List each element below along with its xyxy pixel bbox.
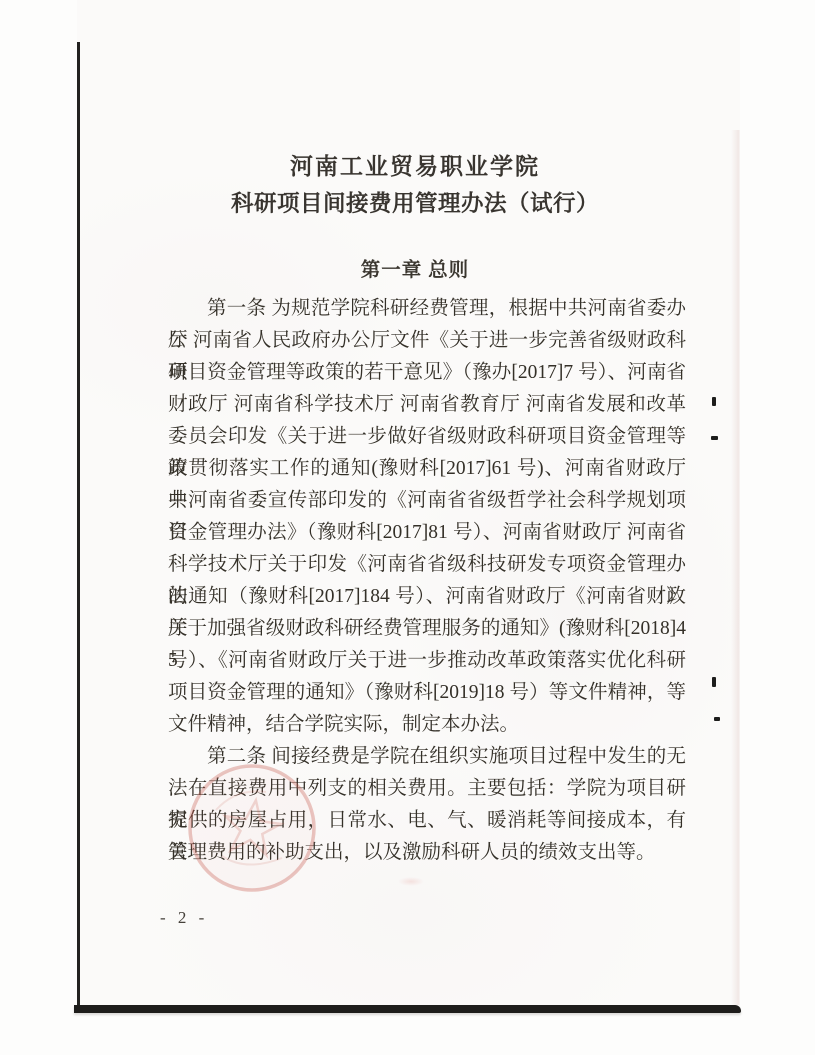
body-line: 资金管理办法》（豫财科[2017]81 号）、河南省财政厅 河南省 [168, 517, 686, 549]
ink-mark [712, 677, 716, 687]
body-line: 文件精神，结合学院实际，制定本办法。 [168, 709, 686, 741]
body-line: 法在直接费用中列支的相关费用。主要包括：学院为项目研究 [168, 773, 686, 805]
body-line: 厅 河南省人民政府办公厅文件《关于进一步完善省级财政科研 [168, 325, 686, 357]
body-line: 项目资金管理的通知》（豫财科[2019]18 号）等文件精神，等 [168, 677, 686, 709]
body-line: 科学技术厅关于印发《河南省省级科技研发专项资金管理办法》 [168, 549, 686, 581]
chapter-heading: 第一章 总则 [90, 257, 740, 285]
body-line: 共河南省委宣传部印发的《河南省省级哲学社会科学规划项目 [168, 485, 686, 517]
body-line: 第一条 为规范学院科研经费管理，根据中共河南省委办公 [168, 293, 686, 325]
ink-mark [711, 436, 718, 440]
body-line: 策贯彻落实工作的通知(豫财科[2017]61 号)、河南省财政厅 中 [168, 453, 686, 485]
body-line: 项目资金管理等政策的若干意见》（豫办[2017]7 号）、河南省 [168, 357, 686, 389]
body-line: 关于加强省级财政科研经费管理服务的通知》(豫财科[2018]45 [168, 613, 686, 645]
ink-mark [712, 397, 716, 406]
body-line: 委员会印发《关于进一步做好省级财政科研项目资金管理等政 [168, 421, 686, 453]
body-line: 第二条 间接经费是学院在组织实施项目过程中发生的无 [168, 741, 686, 773]
body-line: 的通知（豫财科[2017]184 号）、河南省财政厅《河南省财政厅 [168, 581, 686, 613]
page-number: - 2 - [160, 908, 208, 928]
document-title-line1: 河南工业贸易职业学院 [90, 151, 740, 183]
document-body: 第一条 为规范学院科研经费管理，根据中共河南省委办公 厅 河南省人民政府办公厅文… [168, 293, 686, 869]
body-line: 提供的房屋占用，日常水、电、气、暖消耗等间接成本，有关 [168, 805, 686, 837]
body-line: 管理费用的补助支出，以及激励科研人员的绩效支出等。 [168, 837, 686, 869]
scanned-page: 河南工业贸易职业学院 科研项目间接费用管理办法（试行） 第一章 总则 第一条 为… [0, 0, 815, 1055]
body-line: 财政厅 河南省科学技术厅 河南省教育厅 河南省发展和改革 [168, 389, 686, 421]
scan-bottom-border [74, 1005, 741, 1013]
document-title-line2: 科研项目间接费用管理办法（试行） [90, 188, 740, 220]
body-line: 号）、《河南省财政厅关于进一步推动改革政策落实优化科研 [168, 645, 686, 677]
ink-mark [714, 717, 720, 721]
seal-ink-smudge [398, 877, 424, 886]
scan-left-border [77, 42, 80, 1008]
